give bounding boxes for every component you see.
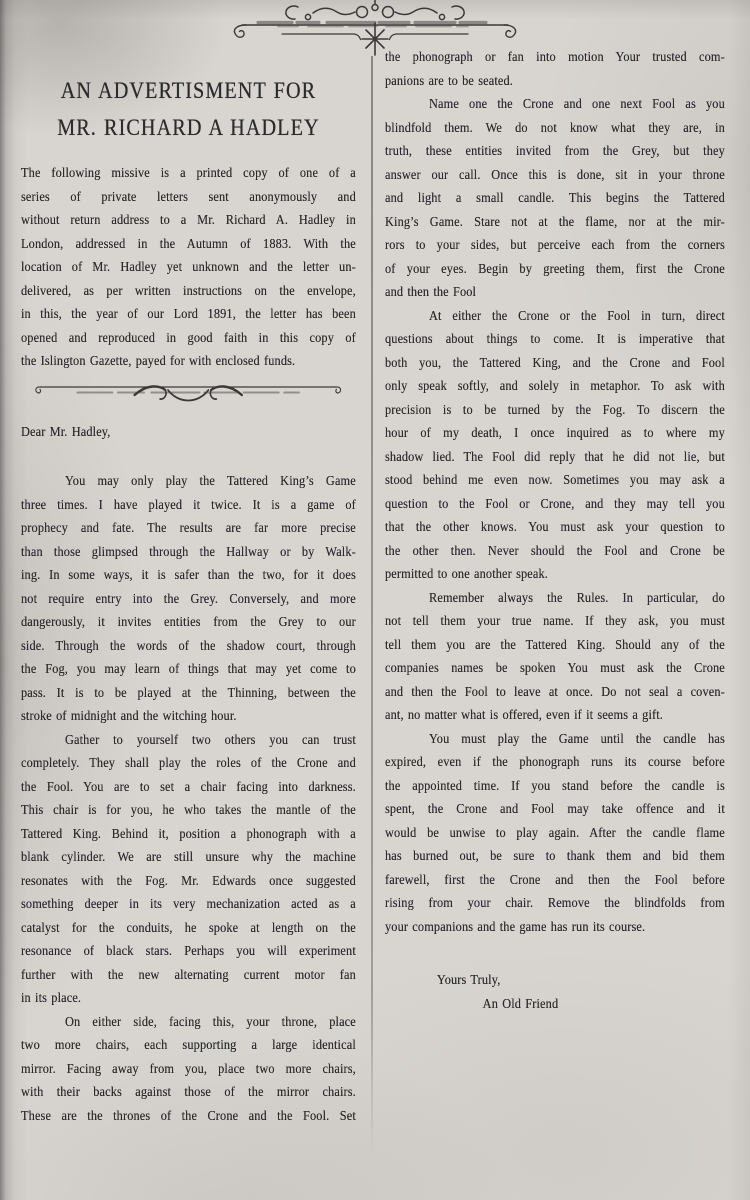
letter-paragraph: On either side, facing this, your throne… [21, 1011, 356, 1129]
salutation: Dear Mr. Hadley, [21, 421, 356, 445]
letter-paragraph: Remember always the Rules. In particular… [385, 587, 725, 728]
title-line-2: MR. RICHARD A HADLEY [57, 115, 319, 140]
closing-signature: An Old Friend [385, 993, 725, 1017]
closing-valediction: Yours Truly, [385, 969, 725, 993]
right-column: the phonograph or fan into motion Your t… [385, 46, 725, 1016]
letter-paragraph: You may only play the Tattered King’s Ga… [21, 470, 356, 729]
left-column: AN ADVERTISMENT FOR MR. RICHARD A HADLEY… [21, 60, 356, 1128]
column-divider-rule [371, 56, 373, 1151]
section-divider-icon [32, 378, 345, 408]
page-title: AN ADVERTISMENT FOR MR. RICHARD A HADLEY [21, 72, 356, 146]
title-line-1: AN ADVERTISMENT FOR [61, 78, 316, 103]
letter-paragraph: Name one the Crone and one next Fool as … [385, 93, 725, 305]
letter-paragraph: the phonograph or fan into motion Your t… [385, 46, 725, 93]
letter-page: AN ADVERTISMENT FOR MR. RICHARD A HADLEY… [0, 0, 750, 1200]
intro-paragraph: The following missive is a printed copy … [21, 162, 356, 374]
letter-paragraph: At either the Crone or the Fool in turn,… [385, 305, 725, 587]
closing-block: Yours Truly, An Old Friend [385, 969, 725, 1016]
letter-paragraph: You must play the Game until the candle … [385, 728, 725, 940]
letter-paragraph: Gather to yourself two others you can tr… [21, 729, 356, 1011]
